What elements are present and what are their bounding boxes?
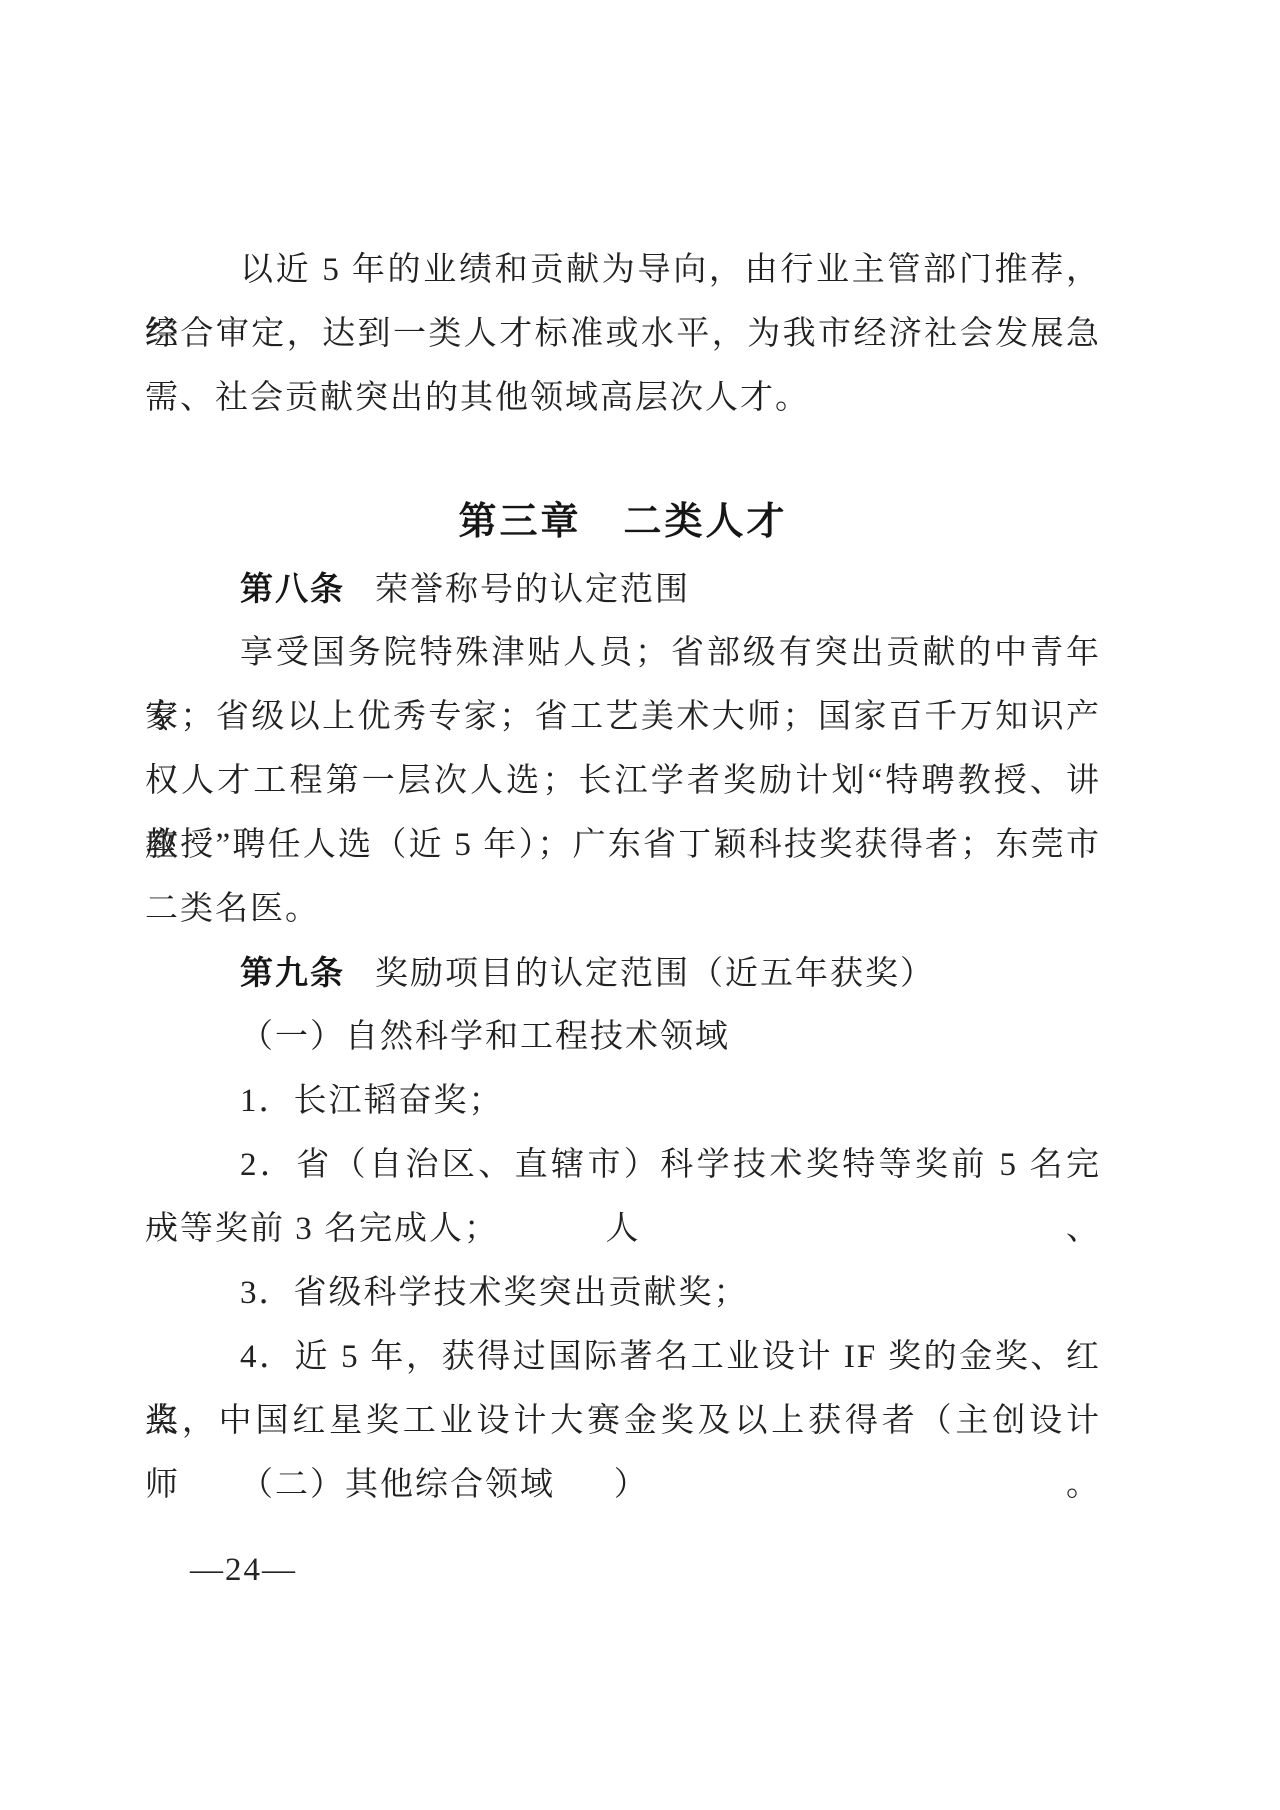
article-8-title: 荣誉称号的认定范围 [375, 572, 690, 608]
article-9-item-line: 奖，中国红星奖工业设计大赛金奖及以上获得者（主创设计师）。 [145, 1389, 1101, 1453]
article-9-item-line: 3．省级科学技术奖突出贡献奖； [145, 1261, 1101, 1325]
page-number: —24— [190, 1552, 297, 1589]
chapter-heading: 第三章二类人才 [145, 487, 1101, 557]
article-8-body-line: 教授”聘任人选（近 5 年）；广东省丁颖科技奖获得者；东莞市 [145, 813, 1101, 877]
article-9-label: 第九条 [240, 954, 345, 991]
article-8-body-line: 权人才工程第一层次人选；长江学者奖励计划“特聘教授、讲座 [145, 749, 1101, 813]
document-body: 以近 5 年的业绩和贡献为导向，由行业主管部门推荐，经 综合审定，达到一类人才标… [145, 238, 1101, 1517]
article-9-title: 奖励项目的认定范围（近五年获奖） [375, 956, 935, 992]
article-9-item-line: 1．长江韬奋奖； [145, 1069, 1101, 1133]
article-9-item-line: 2．省（自治区、直辖市）科学技术奖特等奖前 5 名完成人、 [145, 1133, 1101, 1197]
intro-paragraph-line: 综合审定，达到一类人才标准或水平，为我市经济社会发展急 [145, 302, 1101, 366]
article-8-body-line: 家；省级以上优秀专家；省工艺美术大师；国家百千万知识产 [145, 685, 1101, 749]
article-8-label: 第八条 [240, 570, 345, 607]
article-9-heading-line: 第九条奖励项目的认定范围（近五年获奖） [145, 941, 1101, 1005]
document-page: 以近 5 年的业绩和贡献为导向，由行业主管部门推荐，经 综合审定，达到一类人才标… [0, 0, 1280, 1810]
intro-paragraph-line: 以近 5 年的业绩和贡献为导向，由行业主管部门推荐，经 [145, 238, 1101, 302]
article-9-item-line: 4．近 5 年，获得过国际著名工业设计 IF 奖的金奖、红点 [145, 1325, 1101, 1389]
chapter-label: 第三章 [458, 501, 581, 543]
article-8-body-line: 享受国务院特殊津贴人员；省部级有突出贡献的中青年专 [145, 621, 1101, 685]
article-9-section-1-heading: （一）自然科学和工程技术领域 [145, 1005, 1101, 1069]
intro-paragraph-line: 需、社会贡献突出的其他领域高层次人才。 [145, 366, 1101, 430]
article-8-heading-line: 第八条荣誉称号的认定范围 [145, 557, 1101, 621]
article-8-body-line: 二类名医。 [145, 877, 1101, 941]
chapter-title: 二类人才 [624, 501, 788, 543]
